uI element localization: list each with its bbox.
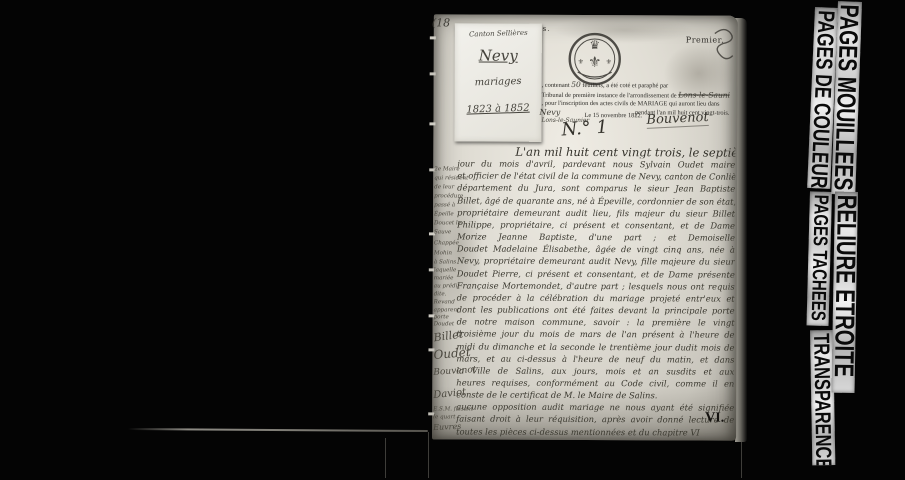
margin-note: de leur — [434, 184, 454, 190]
margin-note: qui résident — [434, 175, 468, 181]
margin-note: au prédit — [434, 283, 460, 289]
condition-strip: RELIURE ETROITE — [831, 192, 858, 393]
margin-note: porte — [434, 314, 449, 320]
handwritten-commune: Nevy — [539, 108, 560, 117]
svg-text:⚜: ⚜ — [578, 58, 584, 66]
margin-note: à Salins — [434, 259, 456, 265]
manuscript-line: mars, et au ci-dessus à l'heure de neuf … — [456, 352, 734, 365]
slip-years-line: 1823 à 1852 — [454, 102, 541, 116]
svg-text:♛: ♛ — [589, 38, 600, 52]
archive-label-slip: Canton Sellières Nevy mariages 1823 à 18… — [454, 23, 542, 141]
facing-page-edge — [128, 428, 428, 432]
manuscript-line: midi du dimanche et la seconde le trenti… — [456, 340, 734, 353]
printed-folio-numeral: VI. — [705, 411, 724, 427]
margin-note: laquelle — [434, 267, 457, 273]
margin-note: Euvres — [433, 422, 462, 432]
handwritten-folio-count: 50 — [571, 81, 581, 89]
condition-strip: PAGES TACHEES — [806, 191, 832, 326]
margin-note: procédure — [434, 193, 463, 199]
margin-note: Doucet le — [434, 220, 461, 226]
svg-text:⚜: ⚜ — [606, 58, 612, 66]
margin-note: Mohin — [434, 250, 452, 256]
act-number: N.° 1 — [561, 116, 609, 140]
manuscript-body: L'an mil huit cent vingt trois, le septi… — [456, 145, 735, 438]
margin-note: 2e Maire — [434, 166, 460, 172]
printed-line: , contenant 50 feuillets, a été coté et … — [542, 81, 730, 91]
margin-note: Billet — [433, 327, 464, 344]
slip-acte-type: mariages — [454, 75, 541, 89]
manuscript-line: propriétaire demeurant audit lieu, fils … — [457, 206, 735, 219]
handwritten-arrondissement: Lons-le-Saunier — [678, 90, 729, 99]
margin-note: E.S.M. faisant — [433, 406, 473, 412]
paraph-flourish-icon — [711, 26, 737, 66]
condition-strip-label: PAGES TACHEES — [808, 194, 831, 321]
margin-note: Sauve — [434, 229, 451, 235]
margin-note: le quart — [433, 414, 455, 420]
printed-line: , pour l'inscription des actes civils de… — [542, 100, 730, 109]
microfilm-scan: (18 ages. Canton Sellières Nevy mariages… — [0, 0, 905, 480]
register-page: (18 ages. Canton Sellières Nevy mariages… — [432, 14, 738, 440]
margin-note: Revand — [434, 299, 455, 305]
margin-note: Daviot — [433, 387, 467, 401]
margin-note: Épeille — [434, 211, 454, 217]
binding-thread — [428, 432, 429, 478]
manuscript-line: Billet, âgé de quarante ans, né à Épevil… — [457, 194, 735, 207]
manuscript-line: Doudet Pierre, ci présent et consentant,… — [457, 267, 735, 280]
condition-strip-label: RELIURE ETROITE — [831, 195, 858, 378]
manuscript-line: faisant droit à leur réquisition, après … — [456, 413, 734, 426]
margin-note: passé à — [434, 202, 455, 208]
binding-thread — [385, 438, 386, 478]
margin-notes: 2e Mairequi résidentde leurprocédurepass… — [433, 14, 465, 439]
slip-canton-line: Canton Sellières — [455, 28, 542, 39]
margin-note: Chappée — [434, 240, 459, 246]
manuscript-line: département du Jura, sont comparus le si… — [457, 182, 735, 195]
slip-commune-line: Nevy — [455, 46, 542, 64]
margin-note: mariée — [434, 275, 454, 281]
manuscript-line: troisième jour du mois de mars de l'an p… — [457, 328, 735, 341]
registrar-signature: Bouvenot — [646, 110, 709, 129]
margin-note: dite. — [434, 291, 447, 297]
manuscript-line: Nevy, propriétaire demeurant audit Nevy,… — [457, 255, 735, 268]
manuscript-line: toutes les pièces ci-dessus mentionnées … — [456, 425, 734, 438]
royal-arms-ink-stamp-icon: ♛ ⚜ ⚜ ⚜ — [568, 32, 622, 86]
margin-note: Doudet — [434, 321, 455, 327]
svg-text:⚜: ⚜ — [588, 53, 602, 71]
margin-note: apparent — [434, 307, 460, 313]
manuscript-line: Française Mortemondet, d'autre part ; le… — [457, 279, 735, 292]
